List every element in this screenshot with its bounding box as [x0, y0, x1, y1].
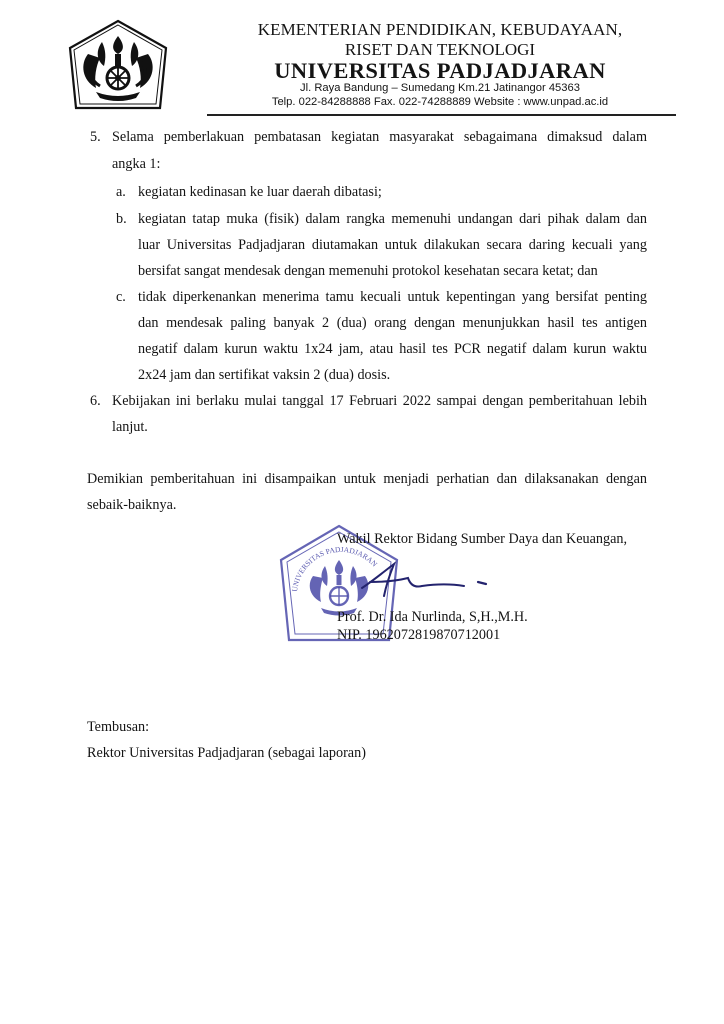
tembusan-recipient: Rektor Universitas Padjadjaran (sebagai …: [87, 744, 366, 762]
ministry-name-line1: KEMENTERIAN PENDIDIKAN, KEBUDAYAAN,: [220, 20, 660, 40]
item-number-5: 5.: [90, 128, 101, 146]
handwritten-signature-icon: [360, 560, 490, 600]
subitem-letter-b: b.: [116, 210, 127, 228]
unpad-emblem-icon: [66, 18, 170, 116]
signatory-nip: NIP. 196207281987071200​1: [337, 626, 500, 644]
subitem-a-line-1: kegiatan kedinasan ke luar daerah dibata…: [138, 183, 382, 201]
subitem-letter-c: c.: [116, 288, 126, 306]
item-6-line-1: Kebijakan ini berlaku mulai tanggal 17 F…: [112, 392, 647, 410]
subitem-c-line-4: 2x24 jam dan sertifikat vaksin 2 (dua) d…: [138, 366, 390, 384]
tembusan-label: Tembusan:: [87, 718, 149, 736]
signatory-position: Wakil Rektor Bidang Sumber Daya dan Keua…: [337, 530, 627, 548]
subitem-c-line-3: negatif dalam kurun waktu 1x24 jam, atau…: [138, 340, 647, 358]
item-5-line-2: angka 1:: [112, 155, 160, 173]
item-5-line-1: Selama pemberlakuan pembatasan kegiatan …: [112, 128, 647, 146]
item-number-6: 6.: [90, 392, 101, 410]
ministry-name-line2: RISET DAN TEKNOLOGI: [220, 40, 660, 60]
subitem-c-line-2: dan mendesak paling banyak 2 (dua) orang…: [138, 314, 647, 332]
university-contact: Telp. 022-84288888 Fax. 022-74288889 Web…: [220, 96, 660, 108]
subitem-b-line-2: luar Universitas Padjadjaran diutamakan …: [138, 236, 647, 254]
subitem-letter-a: a.: [116, 183, 126, 201]
university-address: Jl. Raya Bandung – Sumedang Km.21 Jatina…: [220, 82, 660, 94]
subitem-c-line-1: tidak diperkenankan menerima tamu kecual…: [138, 288, 647, 306]
closing-line-1: Demikian pemberitahuan ini disampaikan u…: [87, 470, 647, 488]
subitem-b-line-3: bersifat sangat mendesak dengan memenuhi…: [138, 262, 598, 280]
item-6-line-2: lanjut.: [112, 418, 148, 436]
closing-line-2: sebaik-baiknya.: [87, 496, 176, 514]
university-logo: [66, 18, 170, 116]
letterhead-divider: [207, 114, 676, 116]
university-name: UNIVERSITAS PADJADJARAN: [220, 58, 660, 84]
subitem-b-line-1: kegiatan tatap muka (fisik) dalam rangka…: [138, 210, 647, 228]
signatory-name: Prof. Dr. Ida Nurlinda, S,H.,M.H.: [337, 608, 528, 626]
